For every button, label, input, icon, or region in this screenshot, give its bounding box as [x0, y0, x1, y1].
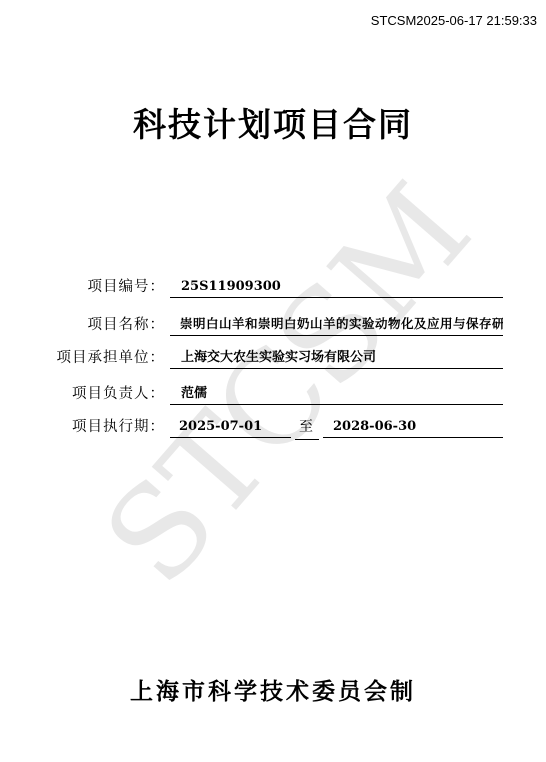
period-end-date: 2028-06-30 [323, 419, 503, 438]
field-row-undertaking-unit: 项目承担单位： 上海交大农生实验实习场有限公司 [42, 339, 503, 369]
undertaking-unit-label: 项目承担单位： [42, 346, 165, 369]
project-number-value: 25S11909300 [170, 279, 503, 298]
period-separator: 至 [295, 416, 319, 440]
project-number-label: 项目编号： [42, 275, 165, 298]
field-row-project-name: 项目名称： 崇明白山羊和崇明白奶山羊的实验动物化及应用与保存研究 [42, 306, 503, 336]
undertaking-unit-value: 上海交大农生实验实习场有限公司 [170, 346, 503, 369]
field-row-execution-period: 项目执行期： 2025-07-01 至 2028-06-30 [42, 408, 503, 438]
period-start-date: 2025-07-01 [170, 419, 291, 438]
contract-document-page: STCSM STCSM2025-06-17 21:59:33 科技计划项目合同 … [0, 0, 546, 762]
execution-period-label: 项目执行期： [42, 415, 165, 438]
project-name-value: 崇明白山羊和崇明白奶山羊的实验动物化及应用与保存研究 [170, 314, 503, 336]
project-leader-value: 范儒 [170, 382, 503, 405]
issuing-authority: 上海市科学技术委员会制 [0, 673, 546, 706]
project-leader-label: 项目负责人： [42, 382, 165, 405]
print-timestamp: STCSM2025-06-17 21:59:33 [371, 13, 537, 28]
field-row-project-leader: 项目负责人： 范儒 [42, 375, 503, 405]
contract-header-form: 项目编号： 25S11909300 项目名称： 崇明白山羊和崇明白奶山羊的实验动… [42, 268, 503, 438]
project-name-label: 项目名称： [42, 313, 165, 336]
document-title: 科技计划项目合同 [0, 99, 546, 146]
execution-period-values: 2025-07-01 至 2028-06-30 [170, 414, 503, 438]
field-row-project-number: 项目编号： 25S11909300 [42, 268, 503, 298]
